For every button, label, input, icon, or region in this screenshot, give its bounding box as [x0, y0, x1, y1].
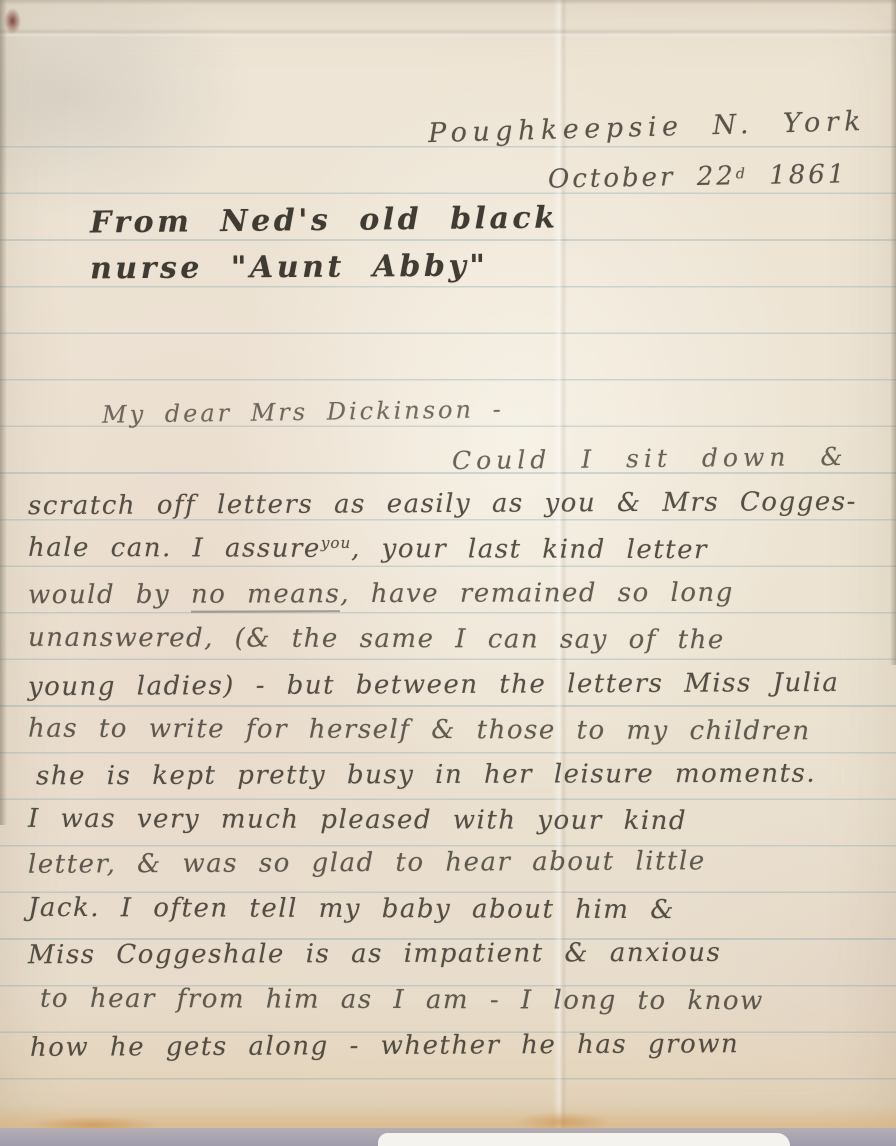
body-line-13: how he gets along - whether he has grown: [30, 1031, 739, 1061]
body-line-2-pre: hale can. I assure: [28, 533, 321, 564]
body-line-2-post: , your last kind letter: [351, 534, 708, 565]
dateline-date: October 22d 1861: [548, 161, 848, 192]
date-year: 1861: [748, 159, 848, 191]
opening-phrase: Could I sit down &: [452, 444, 848, 473]
body-line-11: Miss Coggeshale is as impatient & anxiou…: [28, 940, 721, 968]
underlined-phrase: no means: [191, 579, 340, 613]
body-line-8: I was very much pleased with your kind: [28, 806, 687, 834]
body-line-12: to hear from him as I am - I long to kno…: [40, 986, 764, 1015]
body-line-5: young ladies) - but between the letters …: [28, 670, 840, 700]
body-line-2: hale can. I assureyou, your last kind le…: [28, 535, 708, 563]
body-line-7: she is kept pretty busy in her leisure m…: [36, 761, 816, 790]
body-line-4: unanswered, (& the same I can say of the: [28, 625, 725, 653]
body-line-1: scratch off letters as easily as you & M…: [28, 489, 857, 519]
docket-note-line-1: From Ned's old black: [90, 204, 559, 239]
salutation: My dear Mrs Dickinson -: [102, 397, 504, 427]
body-line-9: letter, & was so glad to hear about litt…: [28, 848, 706, 878]
date-ordinal-superscript: d: [736, 166, 748, 182]
corner-ink-stain: [4, 8, 21, 34]
body-line-6: has to write for herself & those to my c…: [28, 716, 811, 745]
body-line-3-pre: would by: [28, 580, 191, 611]
horizontal-fold-crease: [0, 28, 896, 37]
date-day: October 22: [548, 161, 736, 194]
left-edge-shadow: [0, 0, 7, 825]
right-edge-shadow: [890, 0, 896, 665]
body-line-3: would by no means, have remained so long: [28, 580, 734, 608]
body-line-10: Jack. I often tell my baby about him &: [28, 895, 675, 923]
interlinear-insertion: you: [321, 533, 351, 551]
docket-note-line-2: nurse "Aunt Abby": [90, 252, 489, 285]
top-edge-shadow: [0, 0, 896, 5]
letter-scan: Poughkeepsie N. York October 22d 1861 Fr…: [0, 0, 896, 1146]
body-line-3-post: , have remained so long: [340, 578, 734, 609]
scan-edge-white-patch: [378, 1133, 790, 1146]
